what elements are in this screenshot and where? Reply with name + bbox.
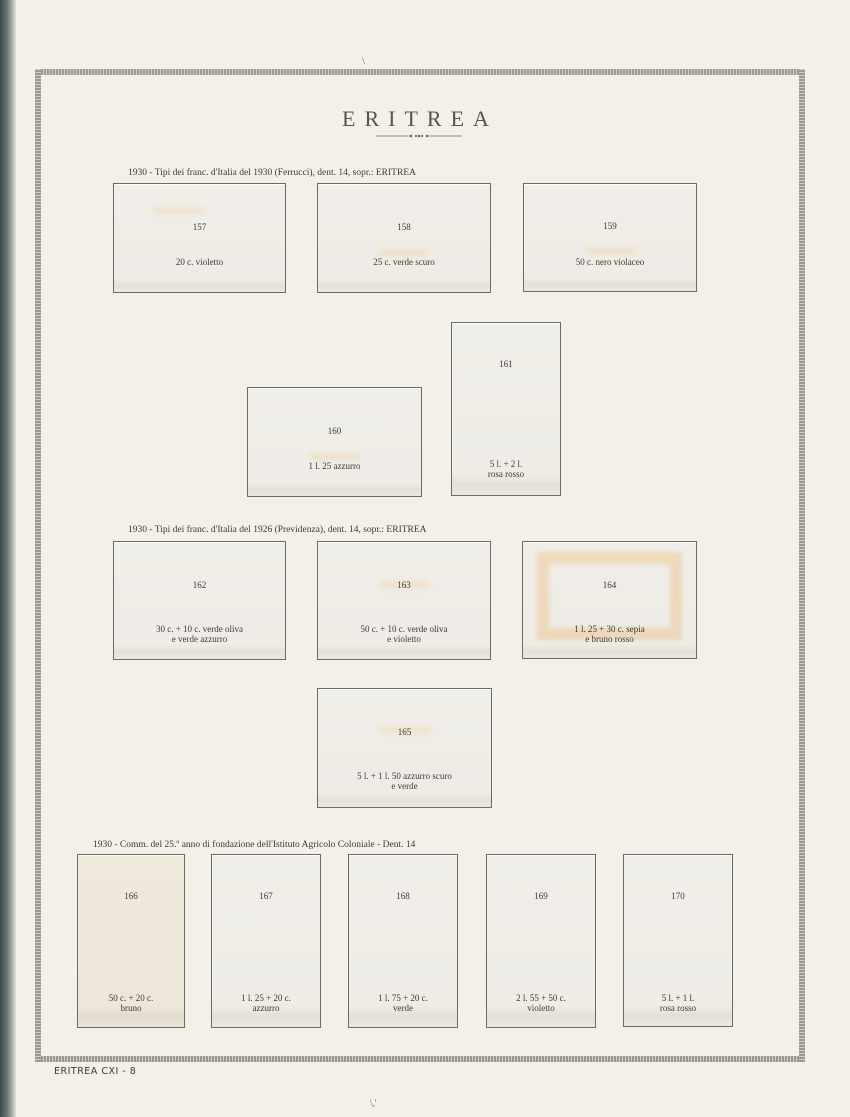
stamp-mount-162: 162 30 c. + 10 c. verde oliva e verde az… (113, 541, 286, 660)
stamp-mount-170: 170 5 l. + 1 l. rosa rosso (623, 854, 733, 1027)
stamp-mount-167: 167 1 l. 25 + 20 c. azzurro (211, 854, 321, 1028)
page-mark: \ (362, 56, 365, 67)
stamp-description: 1 l. 25 + 20 c. azzurro (212, 993, 320, 1013)
overprint-trace (586, 248, 636, 254)
stamp-mount-166: 166 50 c. + 20 c. bruno (77, 854, 185, 1028)
album-page: \ ERITREA 1930 - Tipi dei franc. d'Itali… (16, 0, 850, 1117)
stamp-mount-157: 157 20 c. violetto (113, 183, 286, 293)
stamp-number: 170 (624, 891, 732, 901)
stamp-mount-163: 163 50 c. + 10 c. verde oliva e violetto (317, 541, 491, 660)
stamp-number: 166 (78, 891, 184, 901)
stamp-mount-169: 169 2 l. 55 + 50 c. violetto (486, 854, 596, 1028)
page-frame-left (35, 69, 41, 1062)
stamp-number: 163 (318, 580, 490, 590)
overprint-trace (310, 454, 360, 460)
section-caption-istituto-agricolo: 1930 - Comm. del 25.º anno di fondazione… (93, 840, 415, 850)
stamp-description: 30 c. + 10 c. verde oliva e verde azzurr… (114, 624, 285, 644)
stamp-number: 167 (212, 891, 320, 901)
page-mark: \,' (370, 1098, 376, 1108)
stamp-number: 165 (318, 727, 491, 737)
stamp-description: 5 l. + 1 l. 50 azzurro scuro e verde (318, 771, 491, 791)
page-footer-label: ERITREA CXI - 8 (54, 1066, 136, 1077)
stamp-description: 2 l. 55 + 50 c. violetto (487, 993, 595, 1013)
section-caption-previdenza: 1930 - Tipi dei franc. d'Italia del 1926… (128, 525, 427, 535)
stamp-mount-164: 164 1 l. 25 + 30 c. sepia e bruno rosso (522, 541, 697, 659)
album-binding-edge (0, 0, 16, 1117)
section-caption-ferrucci: 1930 - Tipi dei franc. d'Italia del 1930… (128, 168, 416, 178)
stamp-description: 25 c. verde scuro (318, 257, 490, 267)
page-frame-right (799, 69, 805, 1062)
stamp-number: 159 (524, 221, 696, 231)
stamp-number: 157 (114, 222, 285, 232)
stamp-number: 169 (487, 891, 595, 901)
stamp-mount-159: 159 50 c. nero violaceo (523, 183, 697, 292)
stamp-description: 50 c. + 10 c. verde oliva e violetto (318, 624, 490, 644)
title-ornament-icon (376, 134, 462, 138)
stamp-description: 50 c. + 20 c. bruno (78, 993, 184, 1013)
overprint-trace (154, 208, 204, 214)
stamp-description: 1 l. 75 + 20 c. verde (349, 993, 457, 1013)
stamp-number: 162 (114, 580, 285, 590)
overprint-trace (378, 250, 428, 256)
stamp-description: 5 l. + 1 l. rosa rosso (624, 993, 732, 1013)
stamp-number: 168 (349, 891, 457, 901)
stamp-number: 161 (452, 359, 560, 369)
stamp-description: 1 l. 25 azzurro (248, 461, 421, 471)
stamp-mount-160: 160 1 l. 25 azzurro (247, 387, 422, 497)
stamp-description: 20 c. violetto (114, 257, 285, 267)
stamp-description: 50 c. nero violaceo (524, 257, 696, 267)
stamp-mount-161: 161 5 l. + 2 l. rosa rosso (451, 322, 561, 496)
stamp-mount-168: 168 1 l. 75 + 20 c. verde (348, 854, 458, 1028)
stamp-number: 158 (318, 222, 490, 232)
stamp-mount-165: 165 5 l. + 1 l. 50 azzurro scuro e verde (317, 688, 492, 808)
stamp-mount-158: 158 25 c. verde scuro (317, 183, 491, 293)
stamp-description: 5 l. + 2 l. rosa rosso (452, 459, 560, 479)
stamp-number: 164 (523, 580, 696, 590)
page-title: ERITREA (16, 106, 824, 132)
stamp-description: 1 l. 25 + 30 c. sepia e bruno rosso (523, 624, 696, 644)
stamp-number: 160 (248, 426, 421, 436)
